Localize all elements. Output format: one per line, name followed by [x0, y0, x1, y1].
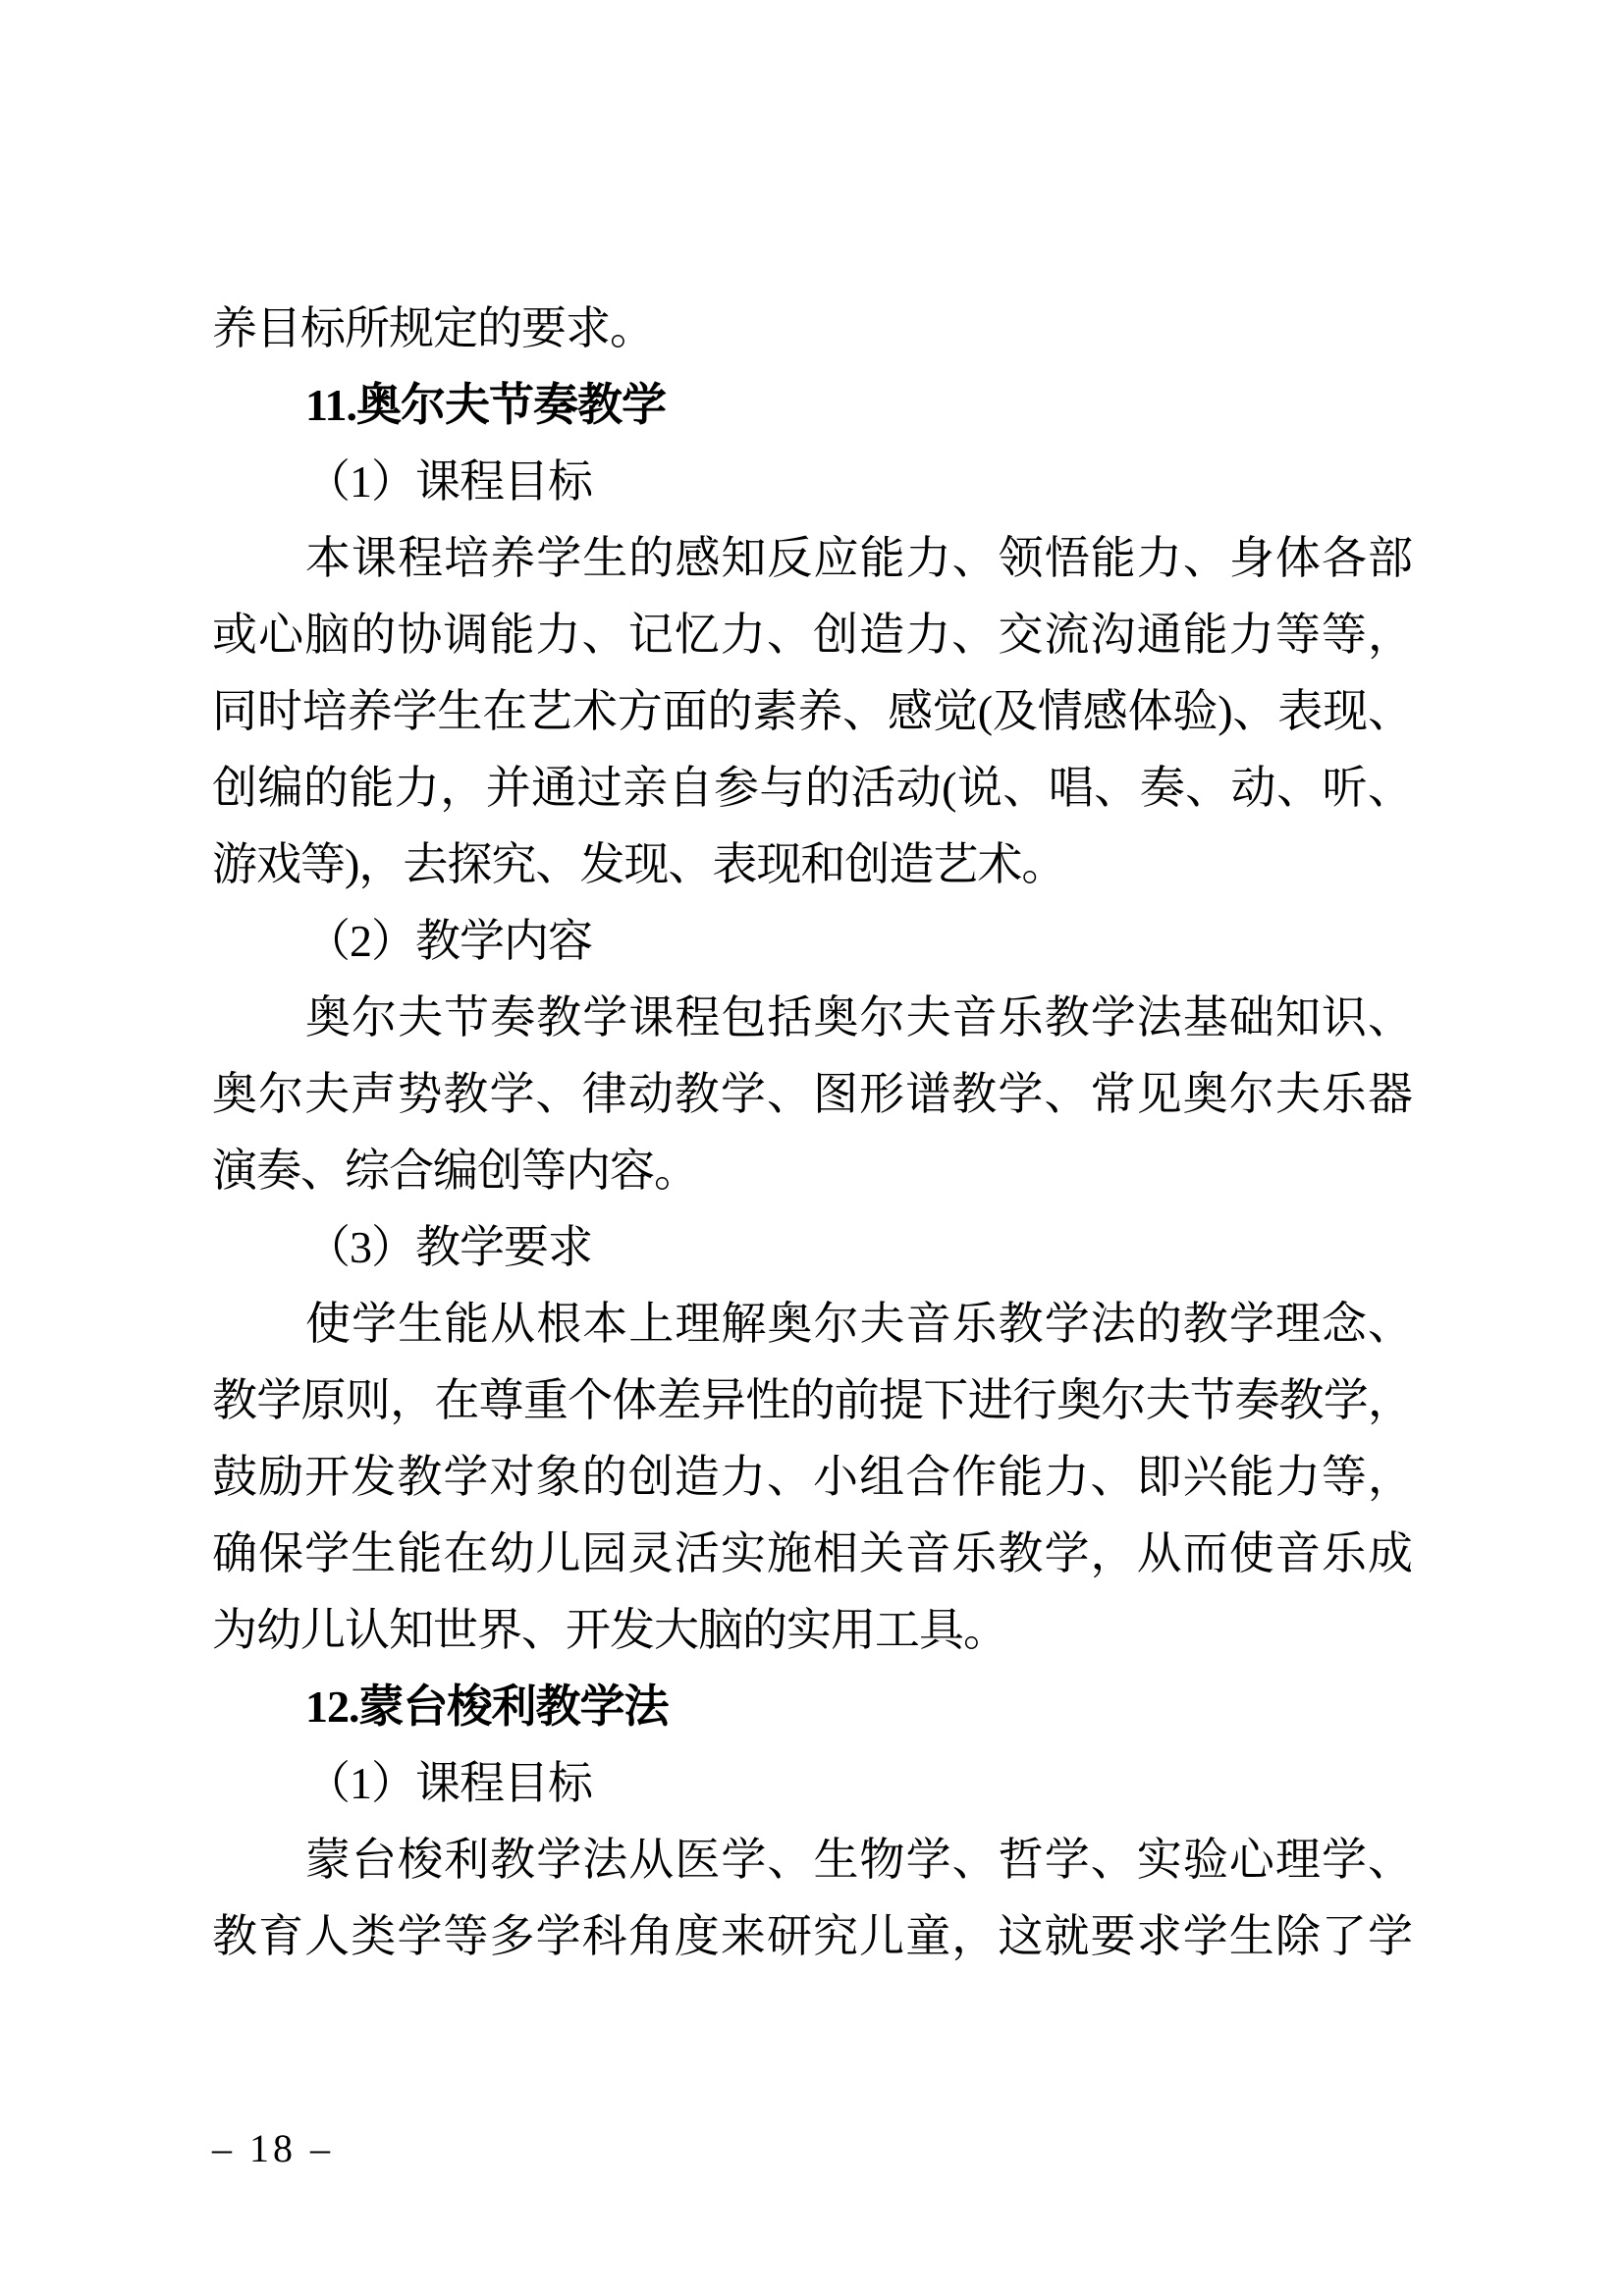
- document-text: 养目标所规定的要求。 11.奥尔夫节奏教学 （1）课程目标 本课程培养学生的感知…: [212, 291, 1412, 1975]
- paragraph-line: 教学原则，在尊重个体差异性的前提下进行奥尔夫节奏教学，: [212, 1362, 1412, 1439]
- sub-heading: （1）课程目标: [212, 1745, 1412, 1822]
- paragraph-line: 创编的能力，并通过亲自参与的活动(说、唱、奏、动、听、: [212, 750, 1412, 827]
- sub-heading: （1）课程目标: [212, 444, 1412, 520]
- page-number: – 18 –: [212, 2124, 334, 2173]
- paragraph-line: 为幼儿认知世界、开发大脑的实用工具。: [212, 1592, 1412, 1669]
- paragraph-line: 确保学生能在幼儿园灵活实施相关音乐教学，从而使音乐成: [212, 1516, 1412, 1592]
- paragraph-line: 养目标所规定的要求。: [212, 291, 1412, 367]
- paragraph-line: 奥尔夫声势教学、律动教学、图形谱教学、常见奥尔夫乐器: [212, 1056, 1412, 1133]
- paragraph-line: 或心脑的协调能力、记忆力、创造力、交流沟通能力等等，: [212, 597, 1412, 673]
- paragraph-line: 演奏、综合编创等内容。: [212, 1133, 1412, 1209]
- sub-heading: （3）教学要求: [212, 1209, 1412, 1286]
- paragraph-line: 教育人类学等多学科角度来研究儿童，这就要求学生除了学: [212, 1898, 1412, 1975]
- sub-heading: （2）教学内容: [212, 903, 1412, 980]
- paragraph-line: 奥尔夫节奏教学课程包括奥尔夫音乐教学法基础知识、: [212, 980, 1412, 1056]
- section-heading: 12.蒙台梭利教学法: [212, 1669, 1412, 1745]
- document-page: 养目标所规定的要求。 11.奥尔夫节奏教学 （1）课程目标 本课程培养学生的感知…: [0, 0, 1624, 2296]
- paragraph-line: 本课程培养学生的感知反应能力、领悟能力、身体各部: [212, 520, 1412, 597]
- paragraph-line: 同时培养学生在艺术方面的素养、感觉(及情感体验)、表现、: [212, 673, 1412, 750]
- paragraph-line: 鼓励开发教学对象的创造力、小组合作能力、即兴能力等，: [212, 1439, 1412, 1516]
- section-heading: 11.奥尔夫节奏教学: [212, 367, 1412, 444]
- paragraph-line: 使学生能从根本上理解奥尔夫音乐教学法的教学理念、: [212, 1286, 1412, 1362]
- paragraph-line: 蒙台梭利教学法从医学、生物学、哲学、实验心理学、: [212, 1822, 1412, 1898]
- paragraph-line: 游戏等)，去探究、发现、表现和创造艺术。: [212, 827, 1412, 903]
